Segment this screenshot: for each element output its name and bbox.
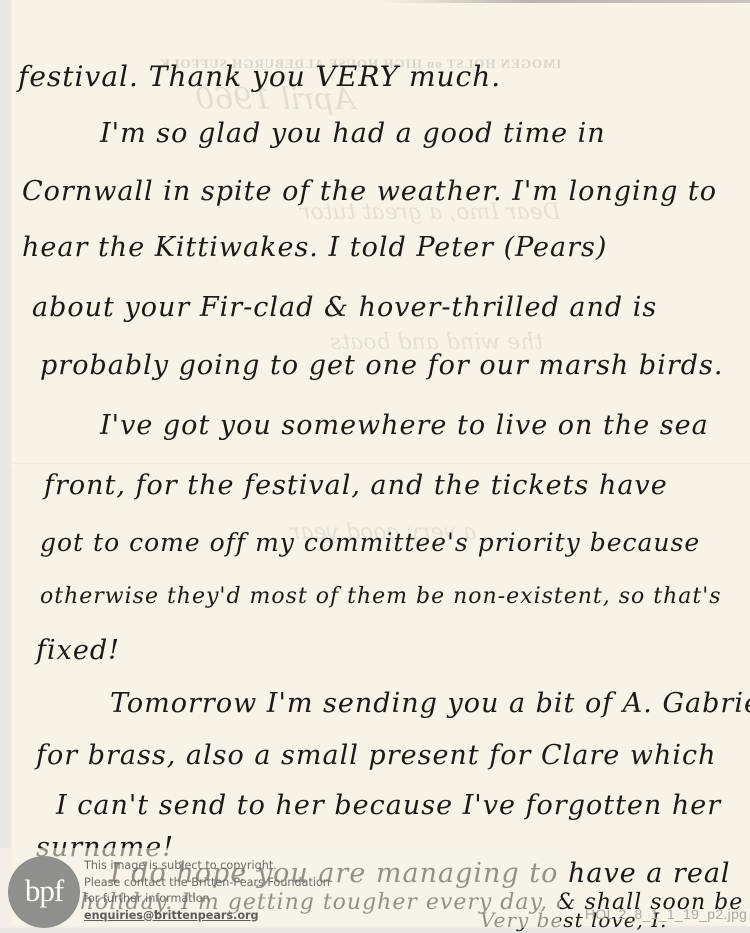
bpf-logo: bpf: [8, 856, 80, 928]
letter-line: fixed!: [36, 635, 120, 666]
letter-line: Cornwall in spite of the weather. I'm lo…: [22, 176, 717, 207]
letter-line: probably going to get one for our marsh …: [40, 350, 723, 381]
letter-line: got to come off my committee's priority …: [40, 528, 700, 557]
letter-line: I can't send to her because I've forgott…: [56, 790, 721, 821]
copyright-line-2: Please contact the Britten-Pears Foundat…: [84, 875, 330, 892]
copyright-line-1: This image is subject to copyright.: [84, 858, 330, 875]
letter-line: festival. Thank you VERY much.: [18, 60, 501, 93]
letter-line: about your Fir-clad & hover-thrilled and…: [32, 292, 657, 323]
letter-line: Tomorrow I'm sending you a bit of A. Gab…: [110, 688, 750, 719]
copyright-line-3: for further information: [84, 891, 330, 908]
letter-line: for brass, also a small present for Clar…: [36, 740, 717, 771]
letter-line: I've got you somewhere to live on the se…: [100, 410, 709, 441]
page-edge-shadow: [380, 0, 750, 3]
fold-crease: [10, 463, 750, 465]
copyright-notice: This image is subject to copyright. Plea…: [84, 858, 330, 924]
letter-line: hear the Kittiwakes. I told Peter (Pears…: [22, 232, 607, 263]
bpf-logo-text: bpf: [25, 873, 63, 909]
file-identifier: HOL 2_8_1_1_19_p2.jpg: [585, 906, 747, 922]
contact-email-link[interactable]: enquiries@brittenpears.org: [84, 908, 330, 925]
letter-line: otherwise they'd most of them be non-exi…: [40, 584, 722, 609]
letter-line: front, for the festival, and the tickets…: [44, 470, 668, 501]
letter-line: I'm so glad you had a good time in: [100, 118, 606, 149]
